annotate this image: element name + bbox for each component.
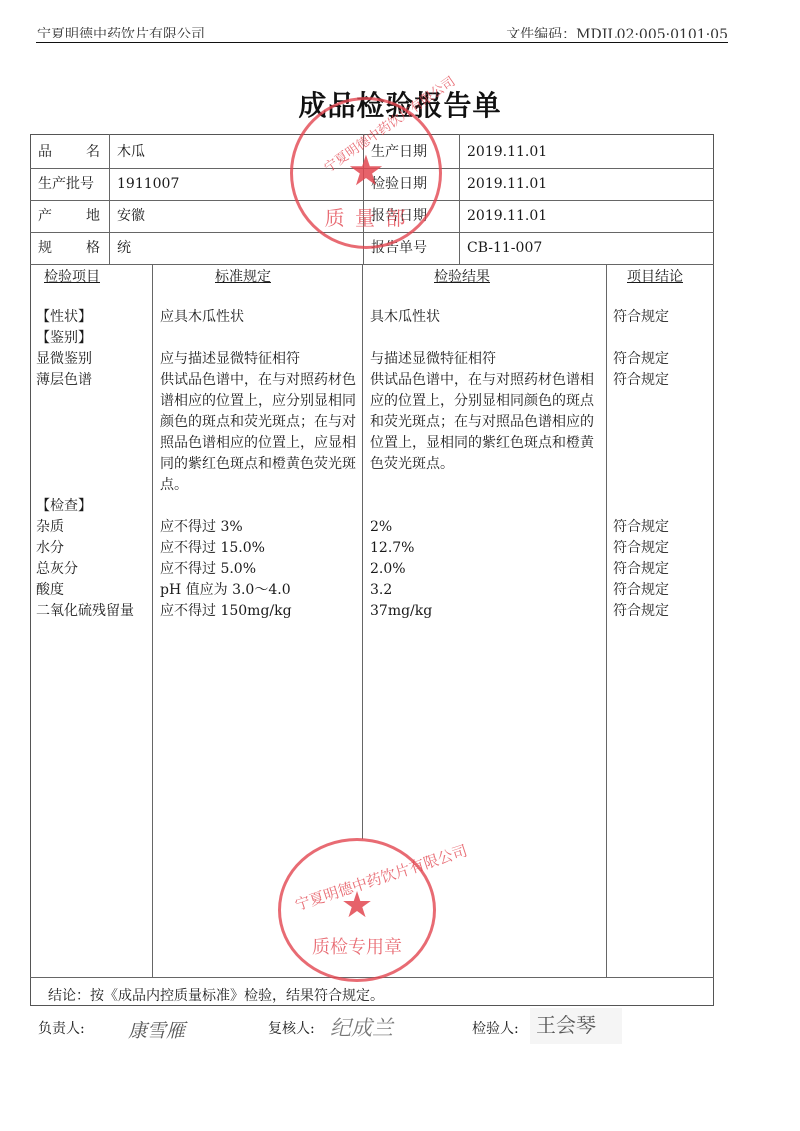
label-report-date: 报告日期	[371, 206, 427, 226]
value-report-date: 2019.11.01	[467, 206, 547, 226]
value-spec: 统	[117, 238, 131, 258]
item-tlc: 薄层色谱	[36, 370, 92, 391]
conclusion-acidity: 符合规定	[613, 580, 669, 601]
header-doc-code: 文件编码：MDJL02·005·0101·05	[506, 27, 728, 38]
conclusion-microscopy: 符合规定	[613, 349, 669, 370]
value-production-date: 2019.11.01	[467, 142, 547, 162]
value-report-no: CB-11-007	[467, 238, 542, 258]
label-production-date: 生产日期	[371, 142, 427, 162]
col-divider	[109, 134, 110, 264]
standard-acidity: pH 值应为 3.0～4.0	[160, 580, 291, 601]
final-conclusion: 结论：按《成品内控质量标准》检验，结果符合规定。	[48, 986, 384, 1006]
col-divider	[606, 264, 607, 977]
item-acidity: 酸度	[36, 580, 64, 601]
item-moisture: 水分	[36, 538, 64, 559]
value-origin: 安徽	[117, 206, 145, 226]
col-divider	[363, 134, 364, 264]
label-inspection-date: 检验日期	[371, 174, 427, 194]
standard-impurity: 应不得过 3%	[160, 517, 243, 538]
standard-tlc: 供试品色谱中，在与对照药材色谱相应的位置上，应分别显相同颜色的斑点和荧光斑点；在…	[160, 370, 358, 496]
col-divider	[152, 264, 153, 977]
conclusion-tlc: 符合规定	[613, 370, 669, 391]
result-microscopy: 与描述显微特征相符	[370, 349, 496, 370]
value-inspection-date: 2019.11.01	[467, 174, 547, 194]
page-header: 宁夏明德中药饮片有限公司 文件编码：MDJL02·005·0101·05	[0, 0, 800, 38]
result-so2-residue: 37mg/kg	[370, 601, 432, 622]
inspector-signature: 王会琴	[530, 1008, 622, 1044]
responsible-signature: 康雪雁	[128, 1016, 185, 1043]
result-properties: 具木瓜性状	[370, 307, 440, 328]
colhead-standard: 标准规定	[215, 267, 271, 287]
col-divider	[459, 134, 460, 264]
section-properties: 【性状】	[36, 307, 92, 328]
colhead-item: 检验项目	[44, 267, 100, 287]
row-divider	[30, 168, 714, 169]
row-divider	[30, 977, 714, 978]
value-product-name: 木瓜	[117, 142, 145, 162]
row-divider	[30, 200, 714, 201]
reviewer-signature: 纪成兰	[330, 1012, 393, 1042]
section-examination: 【检查】	[36, 496, 92, 517]
section-identification: 【鉴别】	[36, 328, 92, 349]
result-total-ash: 2.0%	[370, 559, 406, 580]
value-batch: 1911007	[117, 174, 179, 194]
conclusion-moisture: 符合规定	[613, 538, 669, 559]
standard-properties: 应具木瓜性状	[160, 307, 244, 328]
result-tlc: 供试品色谱中，在与对照药材色谱相应的位置上，分别显相同颜色的斑点和荧光斑点；在与…	[370, 370, 602, 475]
standard-so2-residue: 应不得过 150mg/kg	[160, 601, 292, 622]
label-product-name: 品名	[38, 142, 100, 162]
result-moisture: 12.7%	[370, 538, 414, 559]
reviewer-label: 复核人:	[268, 1018, 315, 1038]
label-spec: 规格	[38, 238, 100, 258]
item-microscopy: 显微鉴别	[36, 349, 92, 370]
row-divider	[30, 232, 714, 233]
standard-microscopy: 应与描述显微特征相符	[160, 349, 300, 370]
label-batch: 生产批号	[38, 174, 94, 194]
responsible-label: 负责人:	[38, 1018, 85, 1038]
row-divider	[30, 264, 714, 265]
item-total-ash: 总灰分	[36, 559, 78, 580]
report-title: 成品检验报告单	[0, 84, 800, 124]
result-acidity: 3.2	[370, 580, 392, 601]
conclusion-total-ash: 符合规定	[613, 559, 669, 580]
inspector-label: 检验人:	[472, 1018, 519, 1038]
conclusion-so2-residue: 符合规定	[613, 601, 669, 622]
item-so2-residue: 二氧化硫残留量	[36, 601, 134, 622]
standard-total-ash: 应不得过 5.0%	[160, 559, 256, 580]
header-company: 宁夏明德中药饮片有限公司	[37, 27, 205, 38]
label-report-no: 报告单号	[371, 238, 427, 258]
colhead-conclusion: 项目结论	[627, 267, 683, 287]
conclusion-properties: 符合规定	[613, 307, 669, 328]
label-origin: 产地	[38, 206, 100, 226]
header-rule	[36, 42, 728, 43]
item-impurity: 杂质	[36, 517, 64, 538]
colhead-result: 检验结果	[434, 267, 490, 287]
col-divider	[362, 264, 363, 839]
result-impurity: 2%	[370, 517, 392, 538]
conclusion-impurity: 符合规定	[613, 517, 669, 538]
standard-moisture: 应不得过 15.0%	[160, 538, 265, 559]
